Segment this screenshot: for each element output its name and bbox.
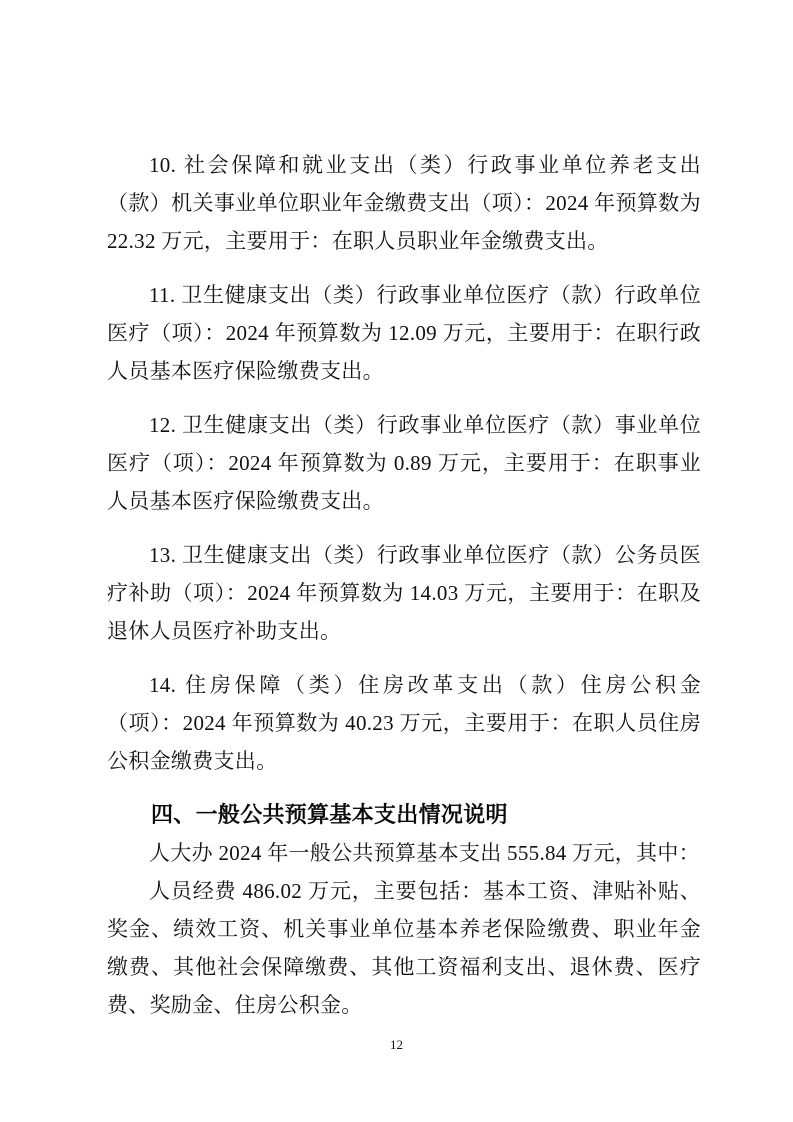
document-body: 10. 社会保障和就业支出（类）行政事业单位养老支出（款）机关事业单位职业年金缴… <box>107 146 701 1024</box>
section-heading-basic-expenditure: 四、一般公共预算基本支出情况说明 <box>107 796 701 834</box>
expense-item-14: 14. 住房保障（类）住房改革支出（款）住房公积金（项）：2024 年预算数为 … <box>107 666 701 780</box>
section-paragraph-total: 人大办 2024 年一般公共预算基本支出 555.84 万元，其中： <box>107 834 701 872</box>
expense-item-12: 12. 卫生健康支出（类）行政事业单位医疗（款）事业单位医疗（项）：2024 年… <box>107 406 701 520</box>
section-paragraph-personnel: 人员经费 486.02 万元，主要包括：基本工资、津贴补贴、奖金、绩效工资、机关… <box>107 872 701 1024</box>
expense-item-13: 13. 卫生健康支出（类）行政事业单位医疗（款）公务员医疗补助（项）：2024 … <box>107 536 701 650</box>
document-page: 10. 社会保障和就业支出（类）行政事业单位养老支出（款）机关事业单位职业年金缴… <box>0 0 793 1122</box>
expense-item-10: 10. 社会保障和就业支出（类）行政事业单位养老支出（款）机关事业单位职业年金缴… <box>107 146 701 260</box>
expense-item-11: 11. 卫生健康支出（类）行政事业单位医疗（款）行政单位医疗（项）：2024 年… <box>107 276 701 390</box>
page-number: 12 <box>0 1036 793 1054</box>
